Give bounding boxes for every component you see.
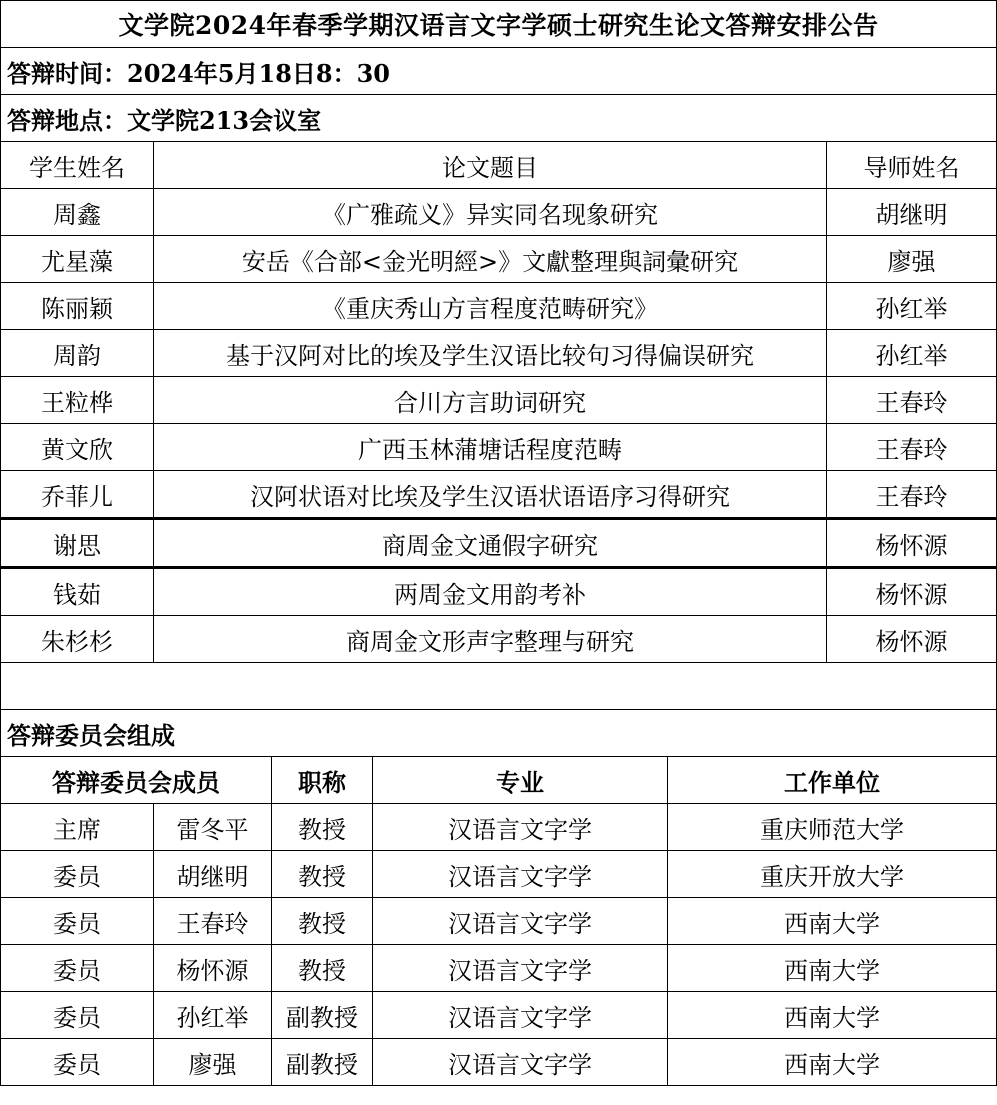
member-major: 汉语言文字学 xyxy=(373,898,668,945)
header-committee-member: 答辩委员会成员 xyxy=(1,757,272,804)
location-row: 答辩地点：文学院213会议室 xyxy=(1,95,997,142)
thesis-header-row: 学生姓名 论文题目 导师姓名 xyxy=(1,142,997,189)
thesis-row: 王粒桦 合川方言助词研究 王春玲 xyxy=(1,377,997,424)
defense-time: 答辩时间：2024年5月18日8：30 xyxy=(1,48,997,95)
thesis-title: 《广雅疏义》异实同名现象研究 xyxy=(154,189,827,236)
advisor-name: 孙红举 xyxy=(827,330,997,377)
committee-row: 主席 雷冬平 教授 汉语言文字学 重庆师范大学 xyxy=(1,804,997,851)
thesis-title: 汉阿状语对比埃及学生汉语状语语序习得研究 xyxy=(154,471,827,519)
member-rank: 副教授 xyxy=(272,992,373,1039)
header-advisor-name: 导师姓名 xyxy=(827,142,997,189)
student-name: 朱杉杉 xyxy=(1,616,154,663)
committee-row: 委员 杨怀源 教授 汉语言文字学 西南大学 xyxy=(1,945,997,992)
member-unit: 重庆开放大学 xyxy=(668,851,997,898)
header-rank: 职称 xyxy=(272,757,373,804)
student-name: 陈丽颖 xyxy=(1,283,154,330)
committee-row: 委员 胡继明 教授 汉语言文字学 重庆开放大学 xyxy=(1,851,997,898)
member-name: 廖强 xyxy=(154,1039,272,1086)
student-name: 乔菲儿 xyxy=(1,471,154,519)
member-rank: 教授 xyxy=(272,851,373,898)
page-title: 文学院2024年春季学期汉语言文字学硕士研究生论文答辩安排公告 xyxy=(1,1,997,48)
thesis-title: 商周金文通假字研究 xyxy=(154,519,827,568)
committee-header-row: 答辩委员会成员 职称 专业 工作单位 xyxy=(1,757,997,804)
member-role: 委员 xyxy=(1,851,154,898)
thesis-row: 黄文欣 广西玉林蒲塘话程度范畴 王春玲 xyxy=(1,424,997,471)
student-name: 周鑫 xyxy=(1,189,154,236)
announcement-table: 文学院2024年春季学期汉语言文字学硕士研究生论文答辩安排公告 答辩时间：202… xyxy=(0,0,997,1086)
header-student-name: 学生姓名 xyxy=(1,142,154,189)
header-work-unit: 工作单位 xyxy=(668,757,997,804)
member-name: 杨怀源 xyxy=(154,945,272,992)
thesis-title: 合川方言助词研究 xyxy=(154,377,827,424)
header-major: 专业 xyxy=(373,757,668,804)
time-row: 答辩时间：2024年5月18日8：30 xyxy=(1,48,997,95)
member-major: 汉语言文字学 xyxy=(373,1039,668,1086)
thesis-title: 广西玉林蒲塘话程度范畴 xyxy=(154,424,827,471)
announcement-sheet: 文学院2024年春季学期汉语言文字学硕士研究生论文答辩安排公告 答辩时间：202… xyxy=(0,0,996,1105)
thesis-title: 商周金文形声字整理与研究 xyxy=(154,616,827,663)
member-major: 汉语言文字学 xyxy=(373,945,668,992)
student-name: 钱茹 xyxy=(1,568,154,616)
student-name: 王粒桦 xyxy=(1,377,154,424)
student-name: 周韵 xyxy=(1,330,154,377)
thesis-row: 周鑫 《广雅疏义》异实同名现象研究 胡继明 xyxy=(1,189,997,236)
member-name: 雷冬平 xyxy=(154,804,272,851)
student-name: 黄文欣 xyxy=(1,424,154,471)
thesis-row: 朱杉杉 商周金文形声字整理与研究 杨怀源 xyxy=(1,616,997,663)
thesis-row: 谢思 商周金文通假字研究 杨怀源 xyxy=(1,519,997,568)
member-rank: 教授 xyxy=(272,804,373,851)
member-role: 委员 xyxy=(1,1039,154,1086)
member-name: 王春玲 xyxy=(154,898,272,945)
member-rank: 教授 xyxy=(272,945,373,992)
member-major: 汉语言文字学 xyxy=(373,992,668,1039)
thesis-title: 基于汉阿对比的埃及学生汉语比较句习得偏误研究 xyxy=(154,330,827,377)
member-role: 委员 xyxy=(1,898,154,945)
defense-location: 答辩地点：文学院213会议室 xyxy=(1,95,997,142)
member-role: 委员 xyxy=(1,945,154,992)
thesis-row: 陈丽颖 《重庆秀山方言程度范畴研究》 孙红举 xyxy=(1,283,997,330)
committee-row: 委员 王春玲 教授 汉语言文字学 西南大学 xyxy=(1,898,997,945)
advisor-name: 孙红举 xyxy=(827,283,997,330)
blank-cell xyxy=(1,663,997,710)
student-name: 尤星藻 xyxy=(1,236,154,283)
thesis-title: 安岳《合部<金光明經>》文獻整理與詞彙研究 xyxy=(154,236,827,283)
advisor-name: 杨怀源 xyxy=(827,616,997,663)
thesis-title: 《重庆秀山方言程度范畴研究》 xyxy=(154,283,827,330)
advisor-name: 王春玲 xyxy=(827,377,997,424)
member-name: 孙红举 xyxy=(154,992,272,1039)
advisor-name: 杨怀源 xyxy=(827,519,997,568)
title-row: 文学院2024年春季学期汉语言文字学硕士研究生论文答辩安排公告 xyxy=(1,1,997,48)
member-unit: 西南大学 xyxy=(668,898,997,945)
member-role: 主席 xyxy=(1,804,154,851)
header-thesis-title: 论文题目 xyxy=(154,142,827,189)
committee-row: 委员 廖强 副教授 汉语言文字学 西南大学 xyxy=(1,1039,997,1086)
member-name: 胡继明 xyxy=(154,851,272,898)
thesis-row: 乔菲儿 汉阿状语对比埃及学生汉语状语语序习得研究 王春玲 xyxy=(1,471,997,519)
thesis-row: 周韵 基于汉阿对比的埃及学生汉语比较句习得偏误研究 孙红举 xyxy=(1,330,997,377)
student-name: 谢思 xyxy=(1,519,154,568)
committee-section-title: 答辩委员会组成 xyxy=(1,710,997,757)
advisor-name: 廖强 xyxy=(827,236,997,283)
member-unit: 西南大学 xyxy=(668,992,997,1039)
committee-row: 委员 孙红举 副教授 汉语言文字学 西南大学 xyxy=(1,992,997,1039)
advisor-name: 杨怀源 xyxy=(827,568,997,616)
member-unit: 西南大学 xyxy=(668,1039,997,1086)
member-unit: 西南大学 xyxy=(668,945,997,992)
member-major: 汉语言文字学 xyxy=(373,851,668,898)
advisor-name: 胡继明 xyxy=(827,189,997,236)
member-rank: 教授 xyxy=(272,898,373,945)
thesis-title: 两周金文用韵考补 xyxy=(154,568,827,616)
member-major: 汉语言文字学 xyxy=(373,804,668,851)
member-rank: 副教授 xyxy=(272,1039,373,1086)
committee-section-row: 答辩委员会组成 xyxy=(1,710,997,757)
thesis-row: 钱茹 两周金文用韵考补 杨怀源 xyxy=(1,568,997,616)
blank-row xyxy=(1,663,997,710)
member-unit: 重庆师范大学 xyxy=(668,804,997,851)
thesis-row: 尤星藻 安岳《合部<金光明經>》文獻整理與詞彙研究 廖强 xyxy=(1,236,997,283)
advisor-name: 王春玲 xyxy=(827,424,997,471)
advisor-name: 王春玲 xyxy=(827,471,997,519)
member-role: 委员 xyxy=(1,992,154,1039)
